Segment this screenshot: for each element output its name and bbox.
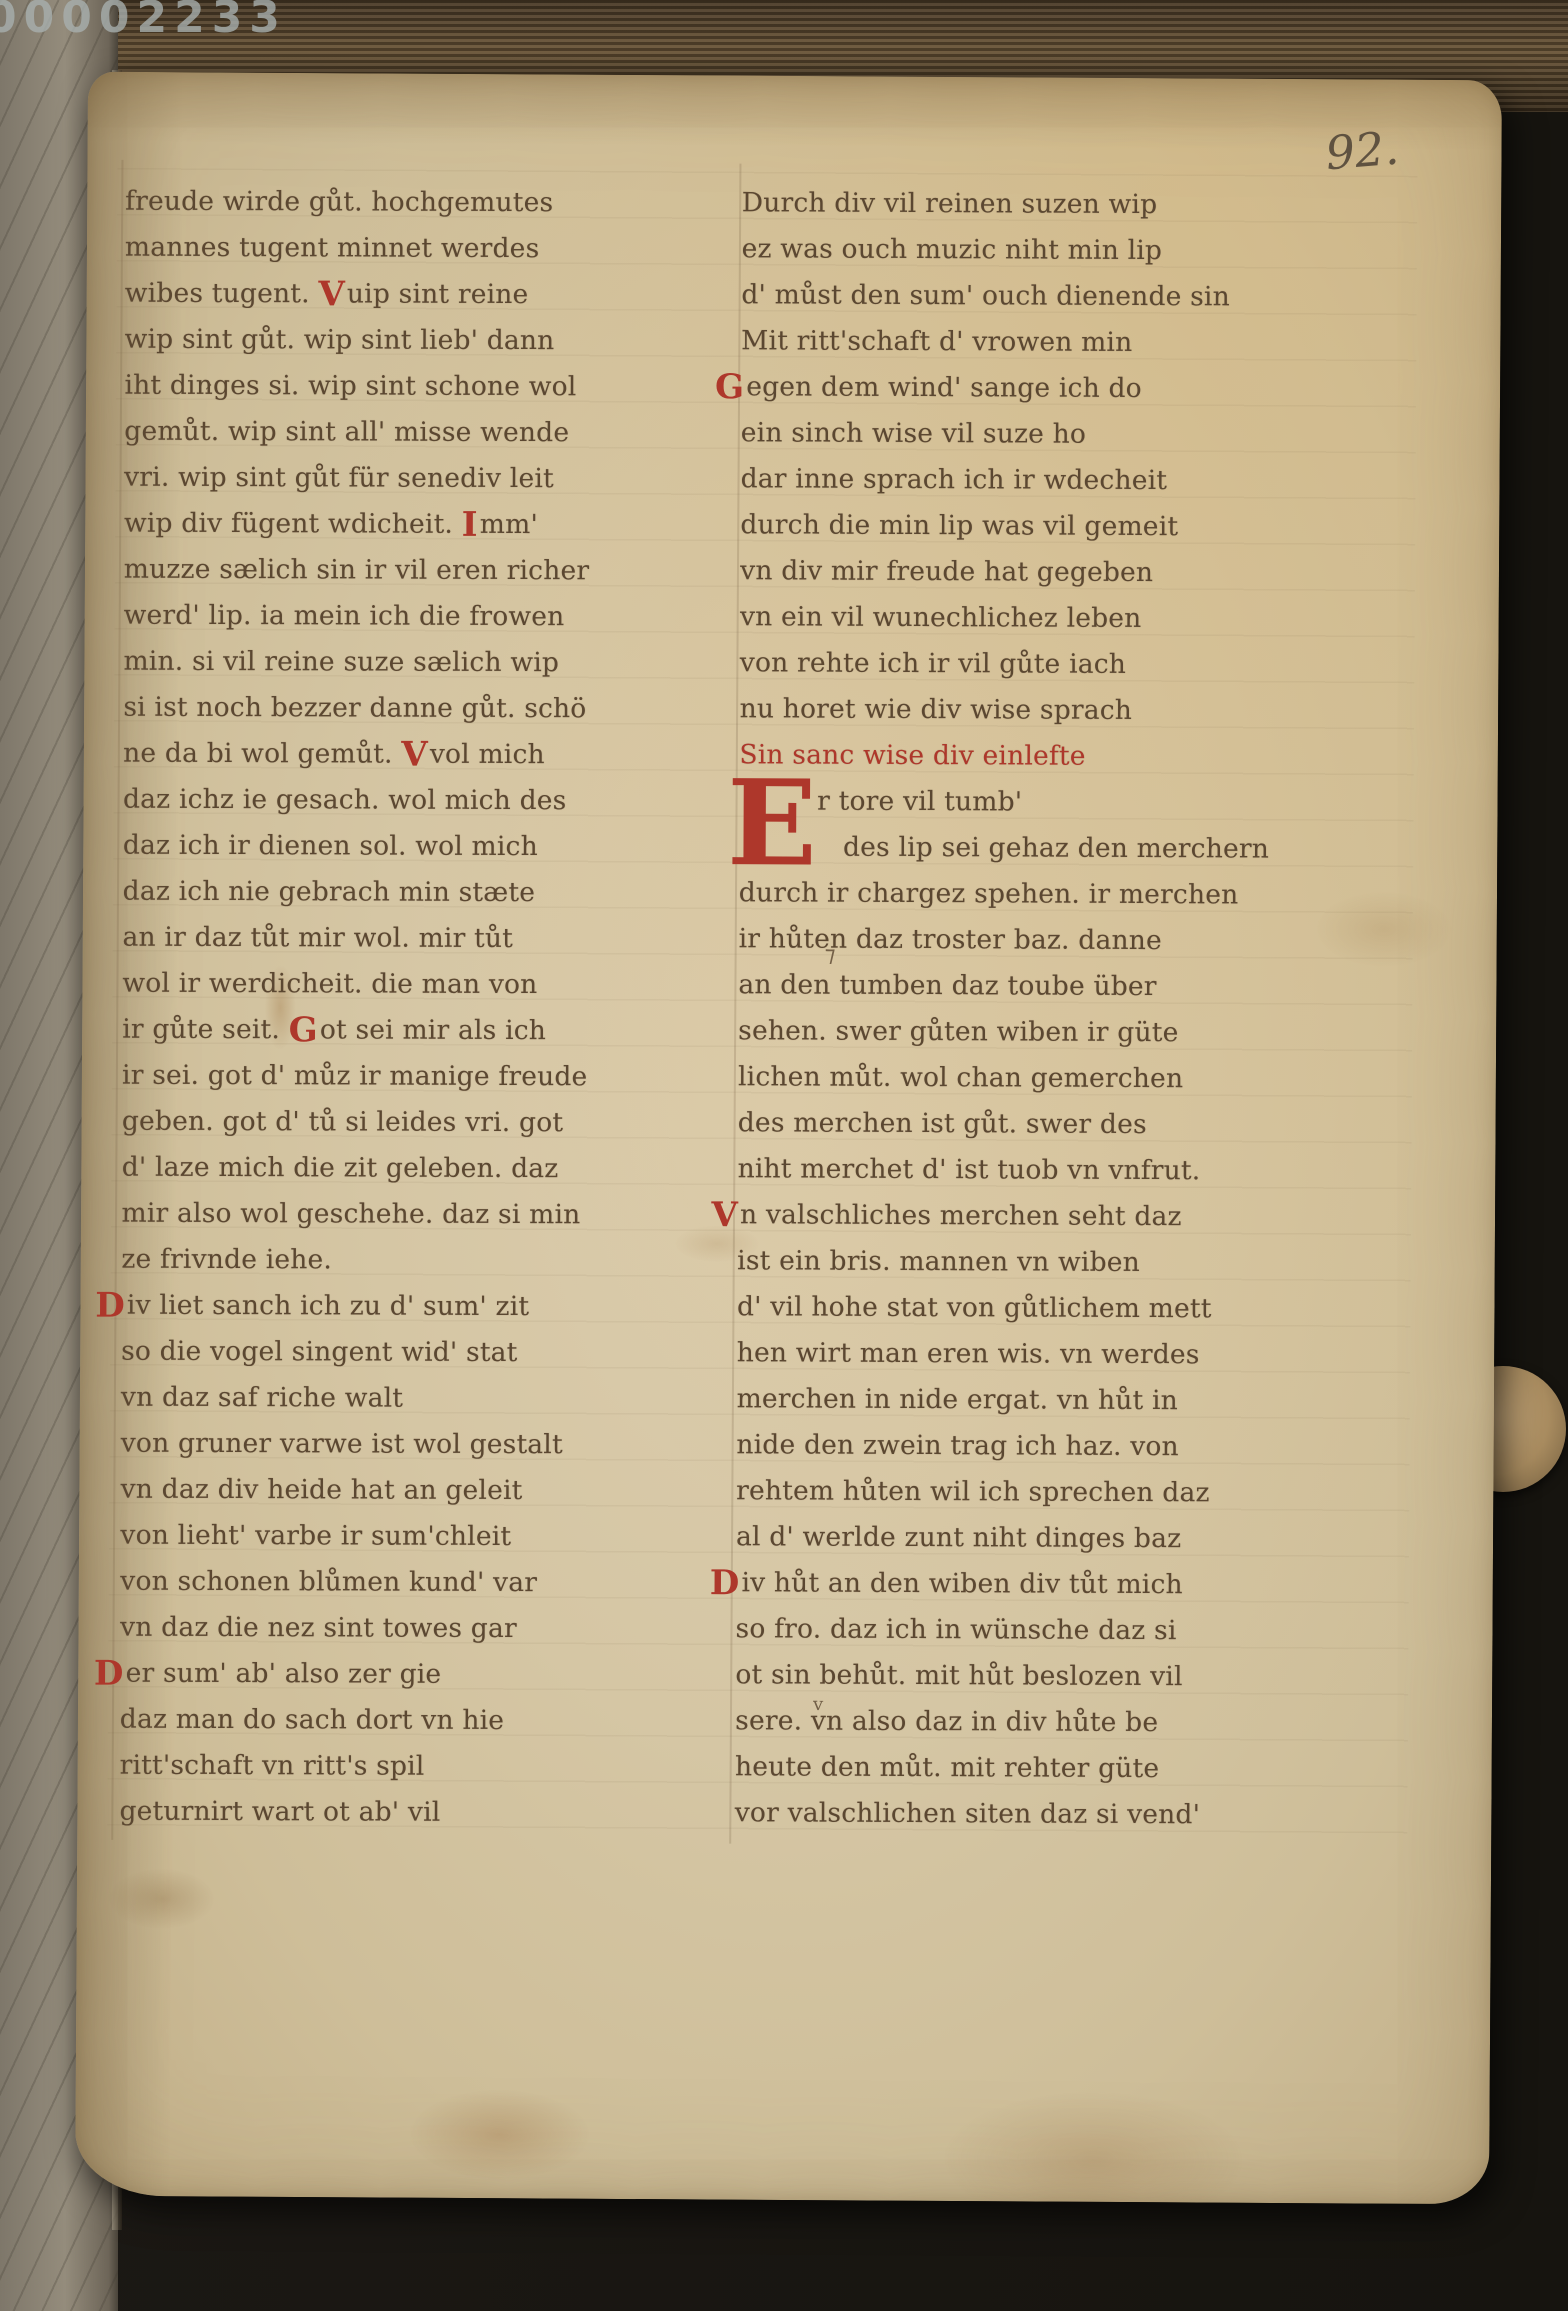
manuscript-line: Der sum' ab' also zer gie xyxy=(94,1651,695,1699)
manuscript-line: ir sei. got d' můz ir manige freude xyxy=(122,1053,697,1101)
line-text: iv liet sanch ich zu d' sum' zit xyxy=(127,1290,529,1322)
manuscript-line: hen wirt man eren wis. vn werdes xyxy=(737,1330,1387,1379)
manuscript-line: mir also wol geschehe. daz si min xyxy=(122,1191,697,1239)
manuscript-line: vn div mir freude hat gegeben xyxy=(740,548,1390,597)
line-text: von gruner varwe ist wol gestalt xyxy=(121,1428,563,1461)
line-text: vn div mir freude hat gegeben xyxy=(740,555,1153,588)
manuscript-line: vri. wip sint gůt für senediv leit xyxy=(124,455,699,503)
manuscript-line: daz man do sach dort vn hie xyxy=(120,1697,695,1745)
line-text: r tore vil tumb' xyxy=(817,786,1022,818)
line-text: sere. vn also daz in div hůte be xyxy=(735,1705,1158,1738)
manuscript-line: vn daz saf riche walt xyxy=(121,1375,696,1423)
manuscript-line: freude wirde gůt. hochgemutes xyxy=(125,179,700,227)
manuscript-line: muzze sælich sin ir vil eren richer xyxy=(124,547,699,595)
manuscript-line: nide den zwein trag ich haz. von xyxy=(736,1422,1386,1471)
line-text: vn daz saf riche walt xyxy=(121,1382,403,1414)
manuscript-line: gemůt. wip sint all' misse wende xyxy=(124,409,699,457)
margin-mark: v xyxy=(813,1694,823,1715)
line-text: so die vogel singent wid' stat xyxy=(121,1336,518,1368)
manuscript-line: so die vogel singent wid' stat xyxy=(121,1329,696,1377)
line-text: ir hůten daz troster baz. danne xyxy=(739,923,1162,956)
line-text: von lieht' varbe ir sum'chleit xyxy=(120,1520,511,1552)
text-column-right: Durch div vil reinen suzen wipez was ouc… xyxy=(735,180,1392,1839)
manuscript-line: Div liet sanch ich zu d' sum' zit xyxy=(95,1283,696,1331)
text-column-left: freude wirde gůt. hochgemutesmannes tuge… xyxy=(119,179,700,1837)
manuscript-line: ze frivnde iehe. xyxy=(121,1237,696,1285)
rubricated-initial: D xyxy=(94,1657,124,1691)
line-text: heute den můt. mit rehter güte xyxy=(735,1751,1159,1784)
line-text: wip sint gůt. wip sint lieb' dann xyxy=(125,324,555,357)
manuscript-line: geturnirt wart ot ab' vil xyxy=(119,1789,694,1837)
manuscript-line: von rehte ich ir vil gůte iach xyxy=(740,640,1390,689)
manuscript-line: d' laze mich die zit geleben. daz xyxy=(122,1145,697,1193)
line-text: werd' lip. ia mein ich die frowen xyxy=(124,600,565,633)
line-text: wip div fügent wdicheit. xyxy=(124,508,462,540)
line-text: ein sinch wise vil suze ho xyxy=(741,417,1086,450)
line-text: nide den zwein trag ich haz. von xyxy=(736,1429,1179,1462)
rubricated-initial: V xyxy=(318,277,345,311)
line-text: lichen můt. wol chan gemerchen xyxy=(738,1061,1183,1094)
manuscript-line: so fro. daz ich in wünsche daz si xyxy=(735,1606,1385,1655)
line-text: geben. got d' tů si leides vri. got xyxy=(122,1106,563,1139)
manuscript-line: von schonen blůmen kund' var xyxy=(120,1559,695,1607)
line-text: geturnirt wart ot ab' vil xyxy=(119,1796,440,1828)
line-text: wibes tugent. xyxy=(125,278,319,310)
line-text: min. si vil reine suze sælich wip xyxy=(123,646,559,679)
manuscript-line: ne da bi wol gemůt. Vvol mich xyxy=(123,731,698,779)
line-text: wol ir werdicheit. die man von xyxy=(122,968,537,1000)
line-text: Mit ritt'schaft d' vrowen min xyxy=(741,325,1132,358)
manuscript-line: wibes tugent. Vuip sint reine xyxy=(125,271,700,319)
manuscript-line: sehen. swer gůten wiben ir güte xyxy=(738,1008,1388,1057)
line-text: ritt'schaft vn ritt's spil xyxy=(120,1750,425,1782)
line-text: so fro. daz ich in wünsche daz si xyxy=(736,1613,1177,1646)
line-text: ze frivnde iehe. xyxy=(121,1244,332,1276)
manuscript-line: ir gůte seit. Got sei mir als ich xyxy=(122,1007,697,1055)
manuscript-line: durch ir chargez spehen. ir merchen xyxy=(739,870,1389,919)
line-text: mm' xyxy=(480,509,538,540)
line-text: an ir daz tůt mir wol. mir tůt xyxy=(122,922,513,954)
manuscript-line: an ir daz tůt mir wol. mir tůt xyxy=(122,915,697,963)
manuscript-line: von lieht' varbe ir sum'chleit xyxy=(120,1513,695,1561)
manuscript-line: wip div fügent wdicheit. Imm' xyxy=(124,501,699,549)
line-text: durch die min lip was vil gemeit xyxy=(740,509,1178,542)
line-text: an den tumben daz toube über xyxy=(738,969,1156,1002)
line-text: ir sei. got d' můz ir manige freude xyxy=(122,1060,588,1093)
line-text: von schonen blůmen kund' var xyxy=(120,1566,537,1598)
manuscript-line: min. si vil reine suze sælich wip xyxy=(123,639,698,687)
manuscript-scan: 92. freude wirde gůt. hochgemutesmannes … xyxy=(0,0,1568,2311)
manuscript-line: lichen můt. wol chan gemerchen xyxy=(738,1054,1388,1103)
line-text: ez was ouch muzic niht min lip xyxy=(742,233,1163,266)
line-text: d' vil hohe stat von gůtlichem mett xyxy=(737,1291,1212,1324)
line-text: daz ichz ie gesach. wol mich des xyxy=(123,784,567,817)
manuscript-line: ez was ouch muzic niht min lip xyxy=(742,226,1392,275)
line-text: gemůt. wip sint all' misse wende xyxy=(124,416,569,449)
line-text: ir gůte seit. xyxy=(122,1014,289,1046)
line-text: ist ein bris. mannen vn wiben xyxy=(737,1245,1140,1278)
line-text: niht merchet d' ist tuob vn vnfrut. xyxy=(738,1153,1201,1186)
rubricated-initial: I xyxy=(462,508,478,542)
line-text: des merchen ist gůt. swer des xyxy=(738,1107,1147,1140)
manuscript-line: wip sint gůt. wip sint lieb' dann xyxy=(125,317,700,365)
manuscript-line: ritt'schaft vn ritt's spil xyxy=(120,1743,695,1791)
line-text: durch ir chargez spehen. ir merchen xyxy=(739,877,1239,910)
line-text: daz ich nie gebrach min stæte xyxy=(123,876,536,908)
manuscript-line: rehtem hůten wil ich sprechen daz xyxy=(736,1468,1386,1517)
line-text: dar inne sprach ich ir wdecheit xyxy=(741,463,1168,496)
manuscript-line: d' můst den sum' ouch dienende sin xyxy=(741,272,1391,321)
manuscript-line: wol ir werdicheit. die man von xyxy=(122,961,697,1009)
manuscript-line: werd' lip. ia mein ich die frowen xyxy=(124,593,699,641)
manuscript-line: nu horet wie div wise sprach xyxy=(740,686,1390,735)
manuscript-line: d' vil hohe stat von gůtlichem mett xyxy=(737,1284,1387,1333)
line-text: daz ich ir dienen sol. wol mich xyxy=(123,830,538,862)
manuscript-line: si ist noch bezzer danne gůt. schö xyxy=(123,685,698,733)
manuscript-line: al d' werlde zunt niht dinges baz xyxy=(736,1514,1386,1563)
rubric-line: Sin sanc wise div einlefte xyxy=(739,732,1389,781)
line-text: vn daz div heide hat an geleit xyxy=(121,1474,523,1506)
manuscript-line: vor valschlichen siten daz si vend' xyxy=(735,1790,1385,1839)
scan-watermark: 00002233 xyxy=(0,0,287,43)
rubricated-initial: D xyxy=(95,1289,125,1323)
manuscript-line: ir hůten daz troster baz. danne xyxy=(739,916,1389,965)
line-text: rehtem hůten wil ich sprechen daz xyxy=(736,1475,1210,1508)
line-text: si ist noch bezzer danne gůt. schö xyxy=(123,692,586,725)
folio-number: 92. xyxy=(1323,121,1400,181)
manuscript-line: geben. got d' tů si leides vri. got xyxy=(122,1099,697,1147)
line-text: freude wirde gůt. hochgemutes xyxy=(125,186,553,218)
line-text: vn daz die nez sint towes gar xyxy=(120,1612,517,1644)
line-text: merchen in nide ergat. vn hůt in xyxy=(737,1383,1179,1416)
line-text: des lip sei gehaz den merchern xyxy=(843,832,1269,865)
line-text: al d' werlde zunt niht dinges baz xyxy=(736,1521,1181,1554)
rubricated-initial: G xyxy=(289,1013,318,1047)
manuscript-line: daz ich nie gebrach min stæte xyxy=(123,869,698,917)
rubricated-initial: V xyxy=(401,738,428,772)
line-text: vol mich xyxy=(430,739,545,770)
manuscript-line: daz ich ir dienen sol. wol mich xyxy=(123,823,698,871)
rubricated-initial: D xyxy=(710,1566,740,1600)
line-text: ne da bi wol gemůt. xyxy=(123,738,401,770)
line-text: vn ein vil wunechlichez leben xyxy=(740,601,1142,634)
manuscript-line: merchen in nide ergat. vn hůt in xyxy=(736,1376,1386,1425)
margin-mark: › xyxy=(204,372,213,397)
manuscript-line: durch die min lip was vil gemeit xyxy=(740,502,1390,551)
line-text: d' můst den sum' ouch dienende sin xyxy=(741,279,1230,312)
manuscript-line: Durch div vil reinen suzen wip xyxy=(742,180,1392,229)
manuscript-line: Er tore vil tumb' xyxy=(739,778,1389,827)
line-text: mir also wol geschehe. daz si min xyxy=(122,1198,581,1231)
rubricated-initial: V xyxy=(711,1198,738,1232)
line-text: mannes tugent minnet werdes xyxy=(125,232,540,264)
line-text: d' laze mich die zit geleben. daz xyxy=(122,1152,559,1185)
manuscript-line: Mit ritt'schaft d' vrowen min xyxy=(741,318,1391,367)
line-text: von rehte ich ir vil gůte iach xyxy=(740,647,1126,680)
manuscript-line: vn daz div heide hat an geleit xyxy=(121,1467,696,1515)
manuscript-line: an den tumben daz toube über xyxy=(738,962,1388,1011)
line-text: nu horet wie div wise sprach xyxy=(740,693,1133,726)
rubricated-initial: G xyxy=(715,370,744,404)
parchment-page: 92. freude wirde gůt. hochgemutesmannes … xyxy=(75,72,1502,2205)
line-text: egen dem wind' sange ich do xyxy=(746,371,1142,404)
line-text: er sum' ab' also zer gie xyxy=(126,1658,442,1690)
manuscript-line: dar inne sprach ich ir wdecheit xyxy=(741,456,1391,505)
line-text: vor valschlichen siten daz si vend' xyxy=(735,1797,1200,1830)
manuscript-line: Gegen dem wind' sange ich do xyxy=(715,364,1391,413)
line-text: hen wirt man eren wis. vn werdes xyxy=(737,1337,1200,1370)
line-text: muzze sælich sin ir vil eren richer xyxy=(124,554,590,587)
manuscript-line: heute den můt. mit rehter güte xyxy=(735,1744,1385,1793)
manuscript-line: ist ein bris. mannen vn wiben xyxy=(737,1238,1387,1287)
line-text: iv hůt an den wiben div tůt mich xyxy=(741,1567,1182,1600)
line-text: ot sei mir als ich xyxy=(320,1014,546,1046)
line-text: iht dinges si. wip sint schone wol xyxy=(124,370,576,403)
manuscript-line: Vn valschliches merchen seht daz xyxy=(711,1192,1387,1241)
manuscript-line: sere. vn also daz in div hůte be xyxy=(735,1698,1385,1747)
margin-mark: ⁊ xyxy=(825,942,836,967)
manuscript-line: daz ichz ie gesach. wol mich des xyxy=(123,777,698,825)
line-text: vri. wip sint gůt für senediv leit xyxy=(124,462,554,494)
manuscript-line: mannes tugent minnet werdes xyxy=(125,225,700,273)
manuscript-line: vn daz die nez sint towes gar xyxy=(120,1605,695,1653)
manuscript-line: ein sinch wise vil suze ho xyxy=(741,410,1391,459)
line-text: uip sint reine xyxy=(347,278,529,310)
line-text: Durch div vil reinen suzen wip xyxy=(742,187,1158,220)
manuscript-line: ot sin behůt. mit hůt beslozen vil xyxy=(735,1652,1385,1701)
manuscript-line: Div hůt an den wiben div tůt mich xyxy=(710,1560,1386,1609)
manuscript-line: von gruner varwe ist wol gestalt xyxy=(121,1421,696,1469)
line-text: sehen. swer gůten wiben ir güte xyxy=(738,1015,1178,1048)
line-text: daz man do sach dort vn hie xyxy=(120,1704,504,1736)
manuscript-line: des lip sei gehaz den merchern xyxy=(739,824,1389,873)
manuscript-line: vn ein vil wunechlichez leben xyxy=(740,594,1390,643)
line-text: ot sin behůt. mit hůt beslozen vil xyxy=(735,1659,1182,1692)
line-text: n valschliches merchen seht daz xyxy=(740,1199,1182,1232)
manuscript-line: niht merchet d' ist tuob vn vnfrut. xyxy=(738,1146,1388,1195)
manuscript-line: des merchen ist gůt. swer des xyxy=(738,1100,1388,1149)
